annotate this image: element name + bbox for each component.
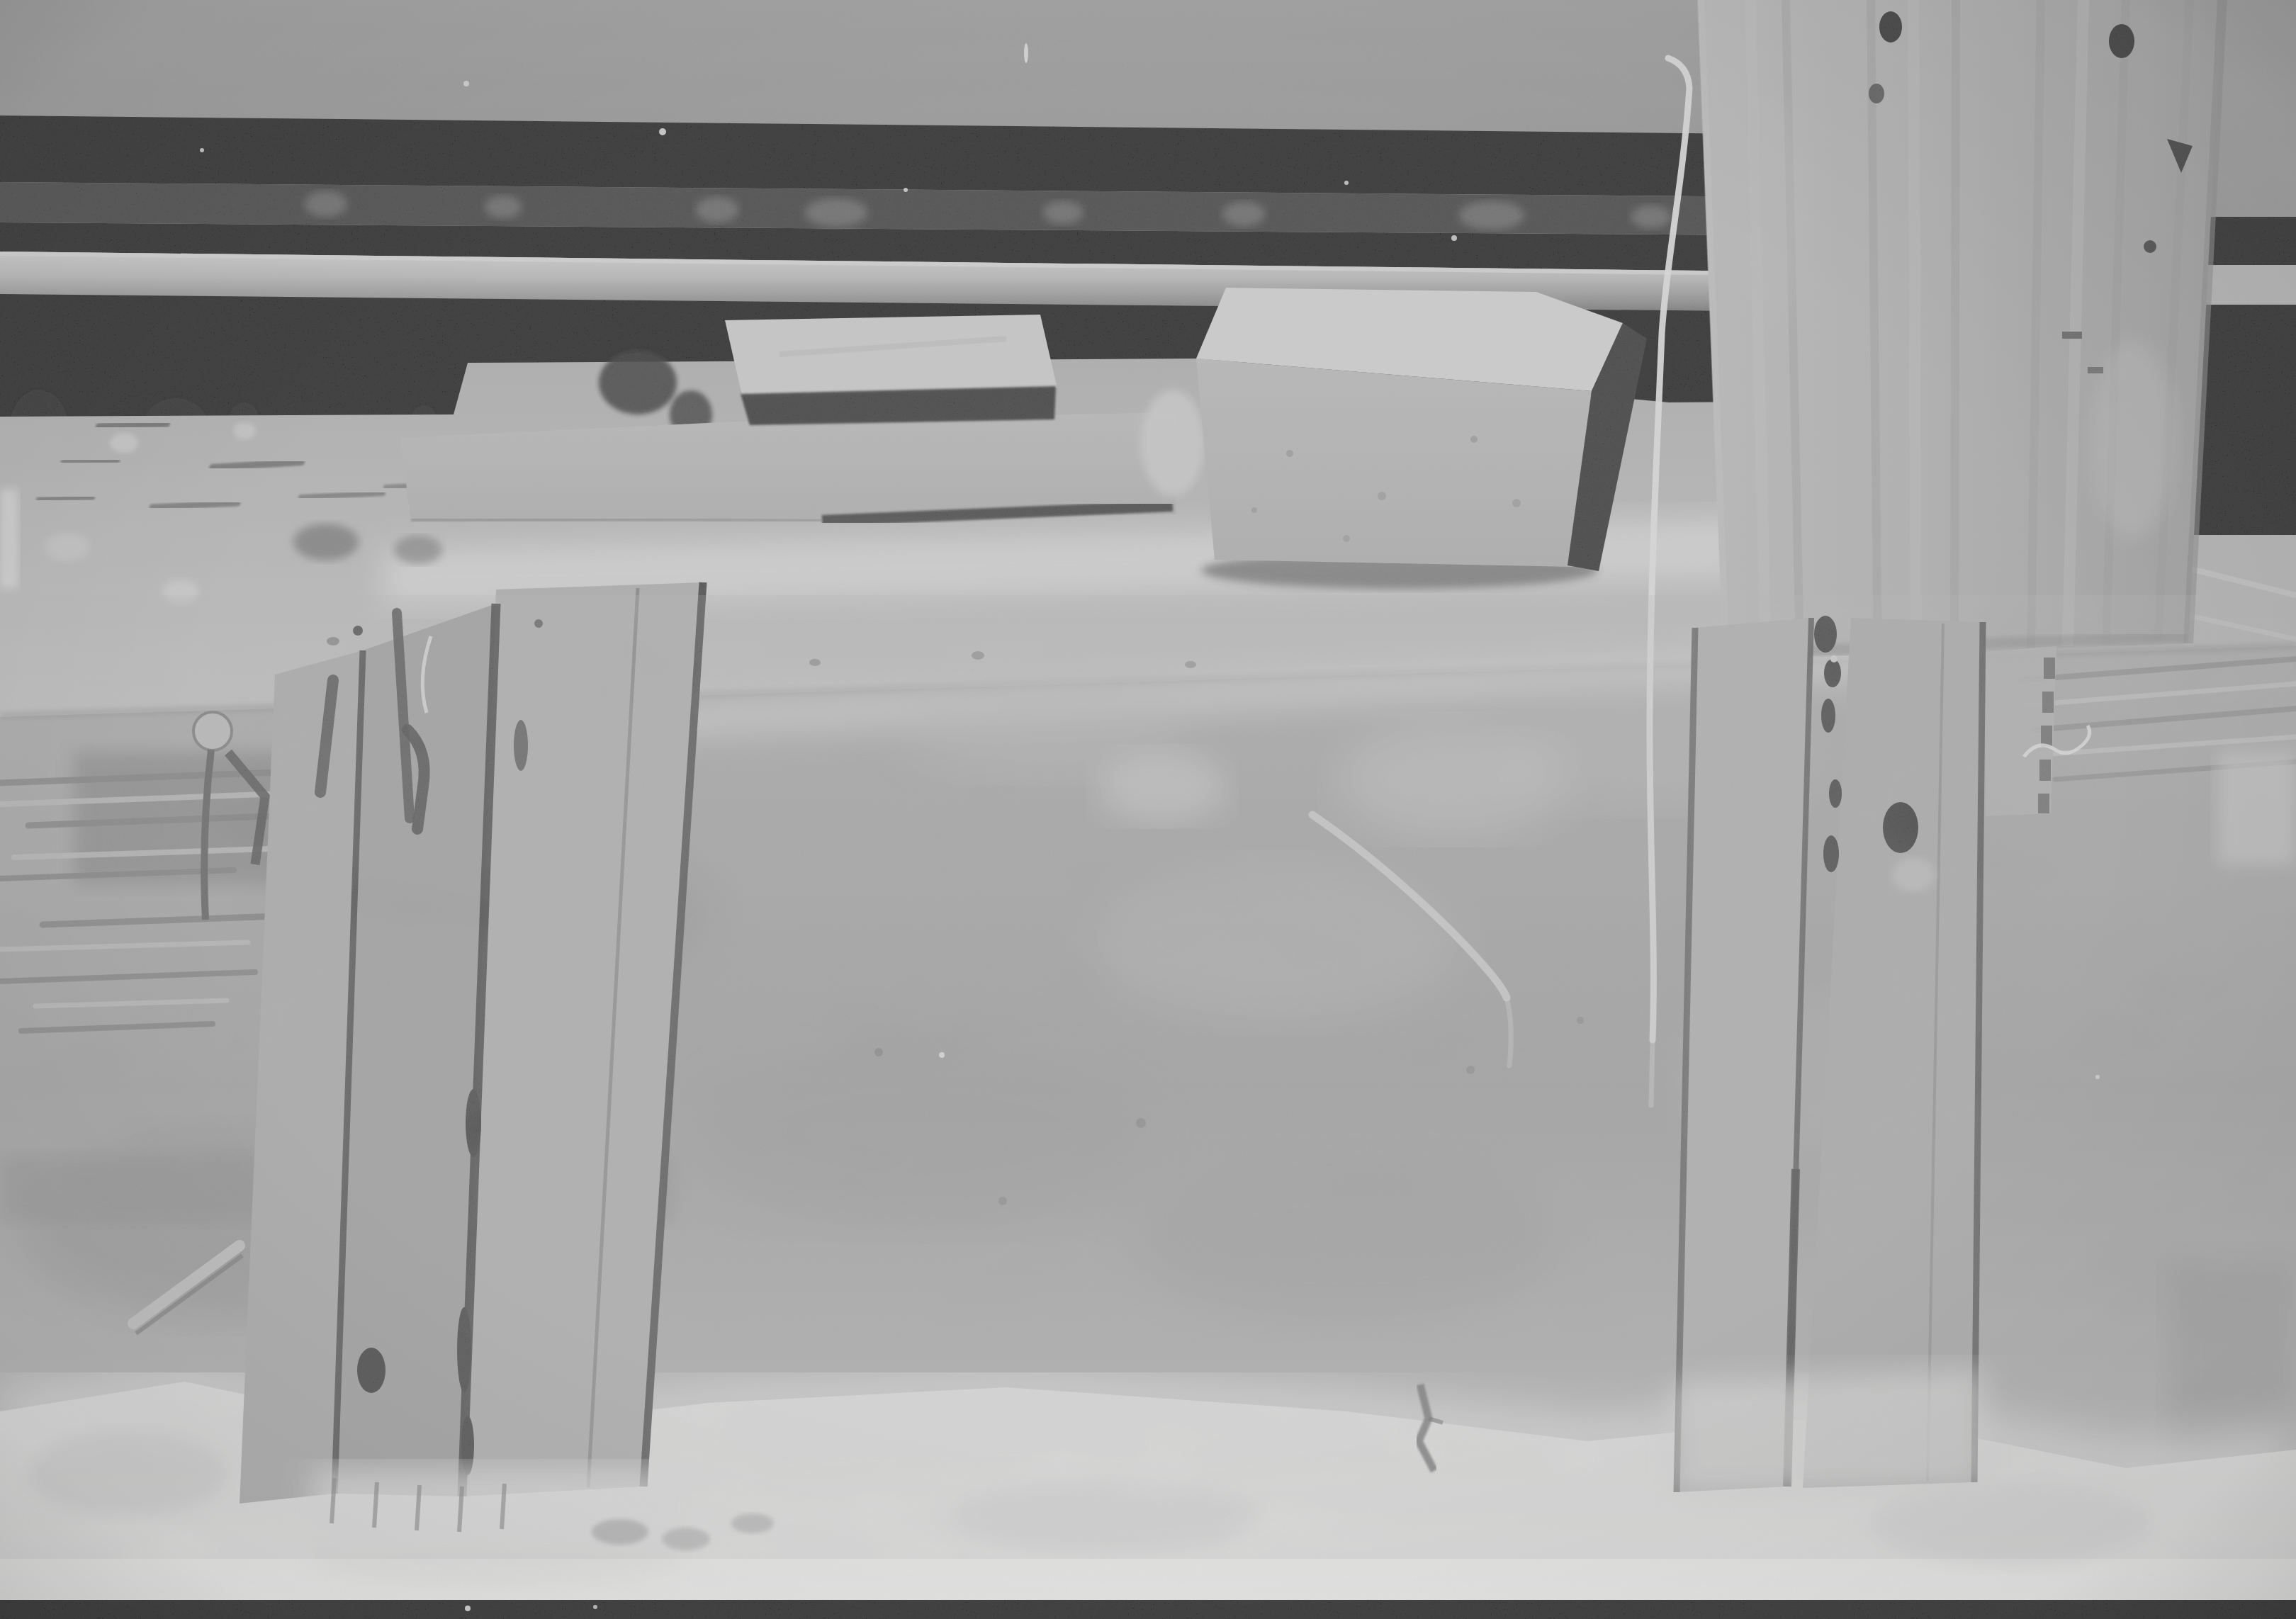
photograph [0,0,2296,1619]
vignette [0,0,2296,1619]
photo-canvas [0,0,2296,1619]
